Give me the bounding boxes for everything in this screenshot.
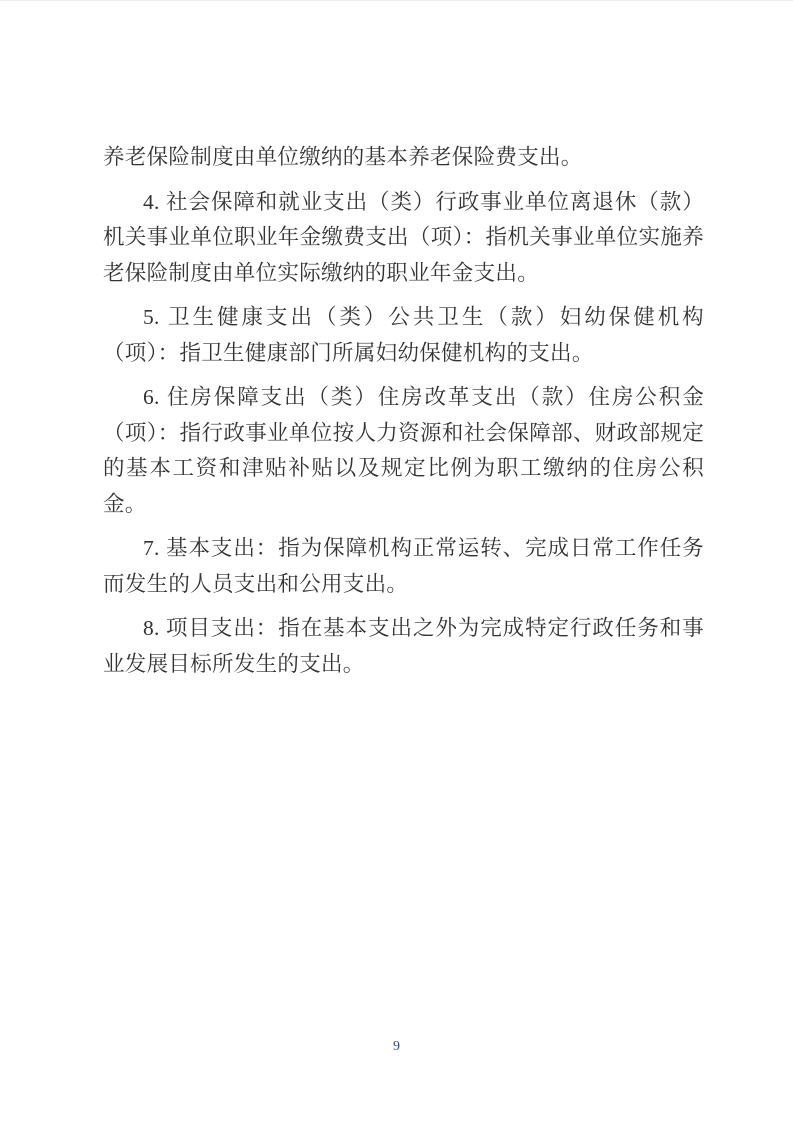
body-text-block: 养老保险制度由单位缴纳的基本养老保险费支出。 4. 社会保障和就业支出（类）行政… xyxy=(103,140,704,691)
paragraph-item-8: 8. 项目支出：指在基本支出之外为完成特定行政任务和事业发展目标所发生的支出。 xyxy=(103,611,704,682)
paragraph-item-4: 4. 社会保障和就业支出（类）行政事业单位离退休（款）机关事业单位职业年金缴费支… xyxy=(103,185,704,292)
paragraph-item-6: 6. 住房保障支出（类）住房改革支出（款）住房公积金（项）：指行政事业单位按人力… xyxy=(103,380,704,522)
page-number: 9 xyxy=(393,1039,400,1054)
page-footer: 9 xyxy=(0,1037,793,1056)
paragraph-item-5: 5. 卫生健康支出（类）公共卫生（款）妇幼保健机构（项）：指卫生健康部门所属妇幼… xyxy=(103,300,704,371)
paragraph-continuation: 养老保险制度由单位缴纳的基本养老保险费支出。 xyxy=(103,140,704,176)
paragraph-item-7: 7. 基本支出：指为保障机构正常运转、完成日常工作任务而发生的人员支出和公用支出… xyxy=(103,531,704,602)
document-page: 养老保险制度由单位缴纳的基本养老保险费支出。 4. 社会保障和就业支出（类）行政… xyxy=(0,0,793,1122)
